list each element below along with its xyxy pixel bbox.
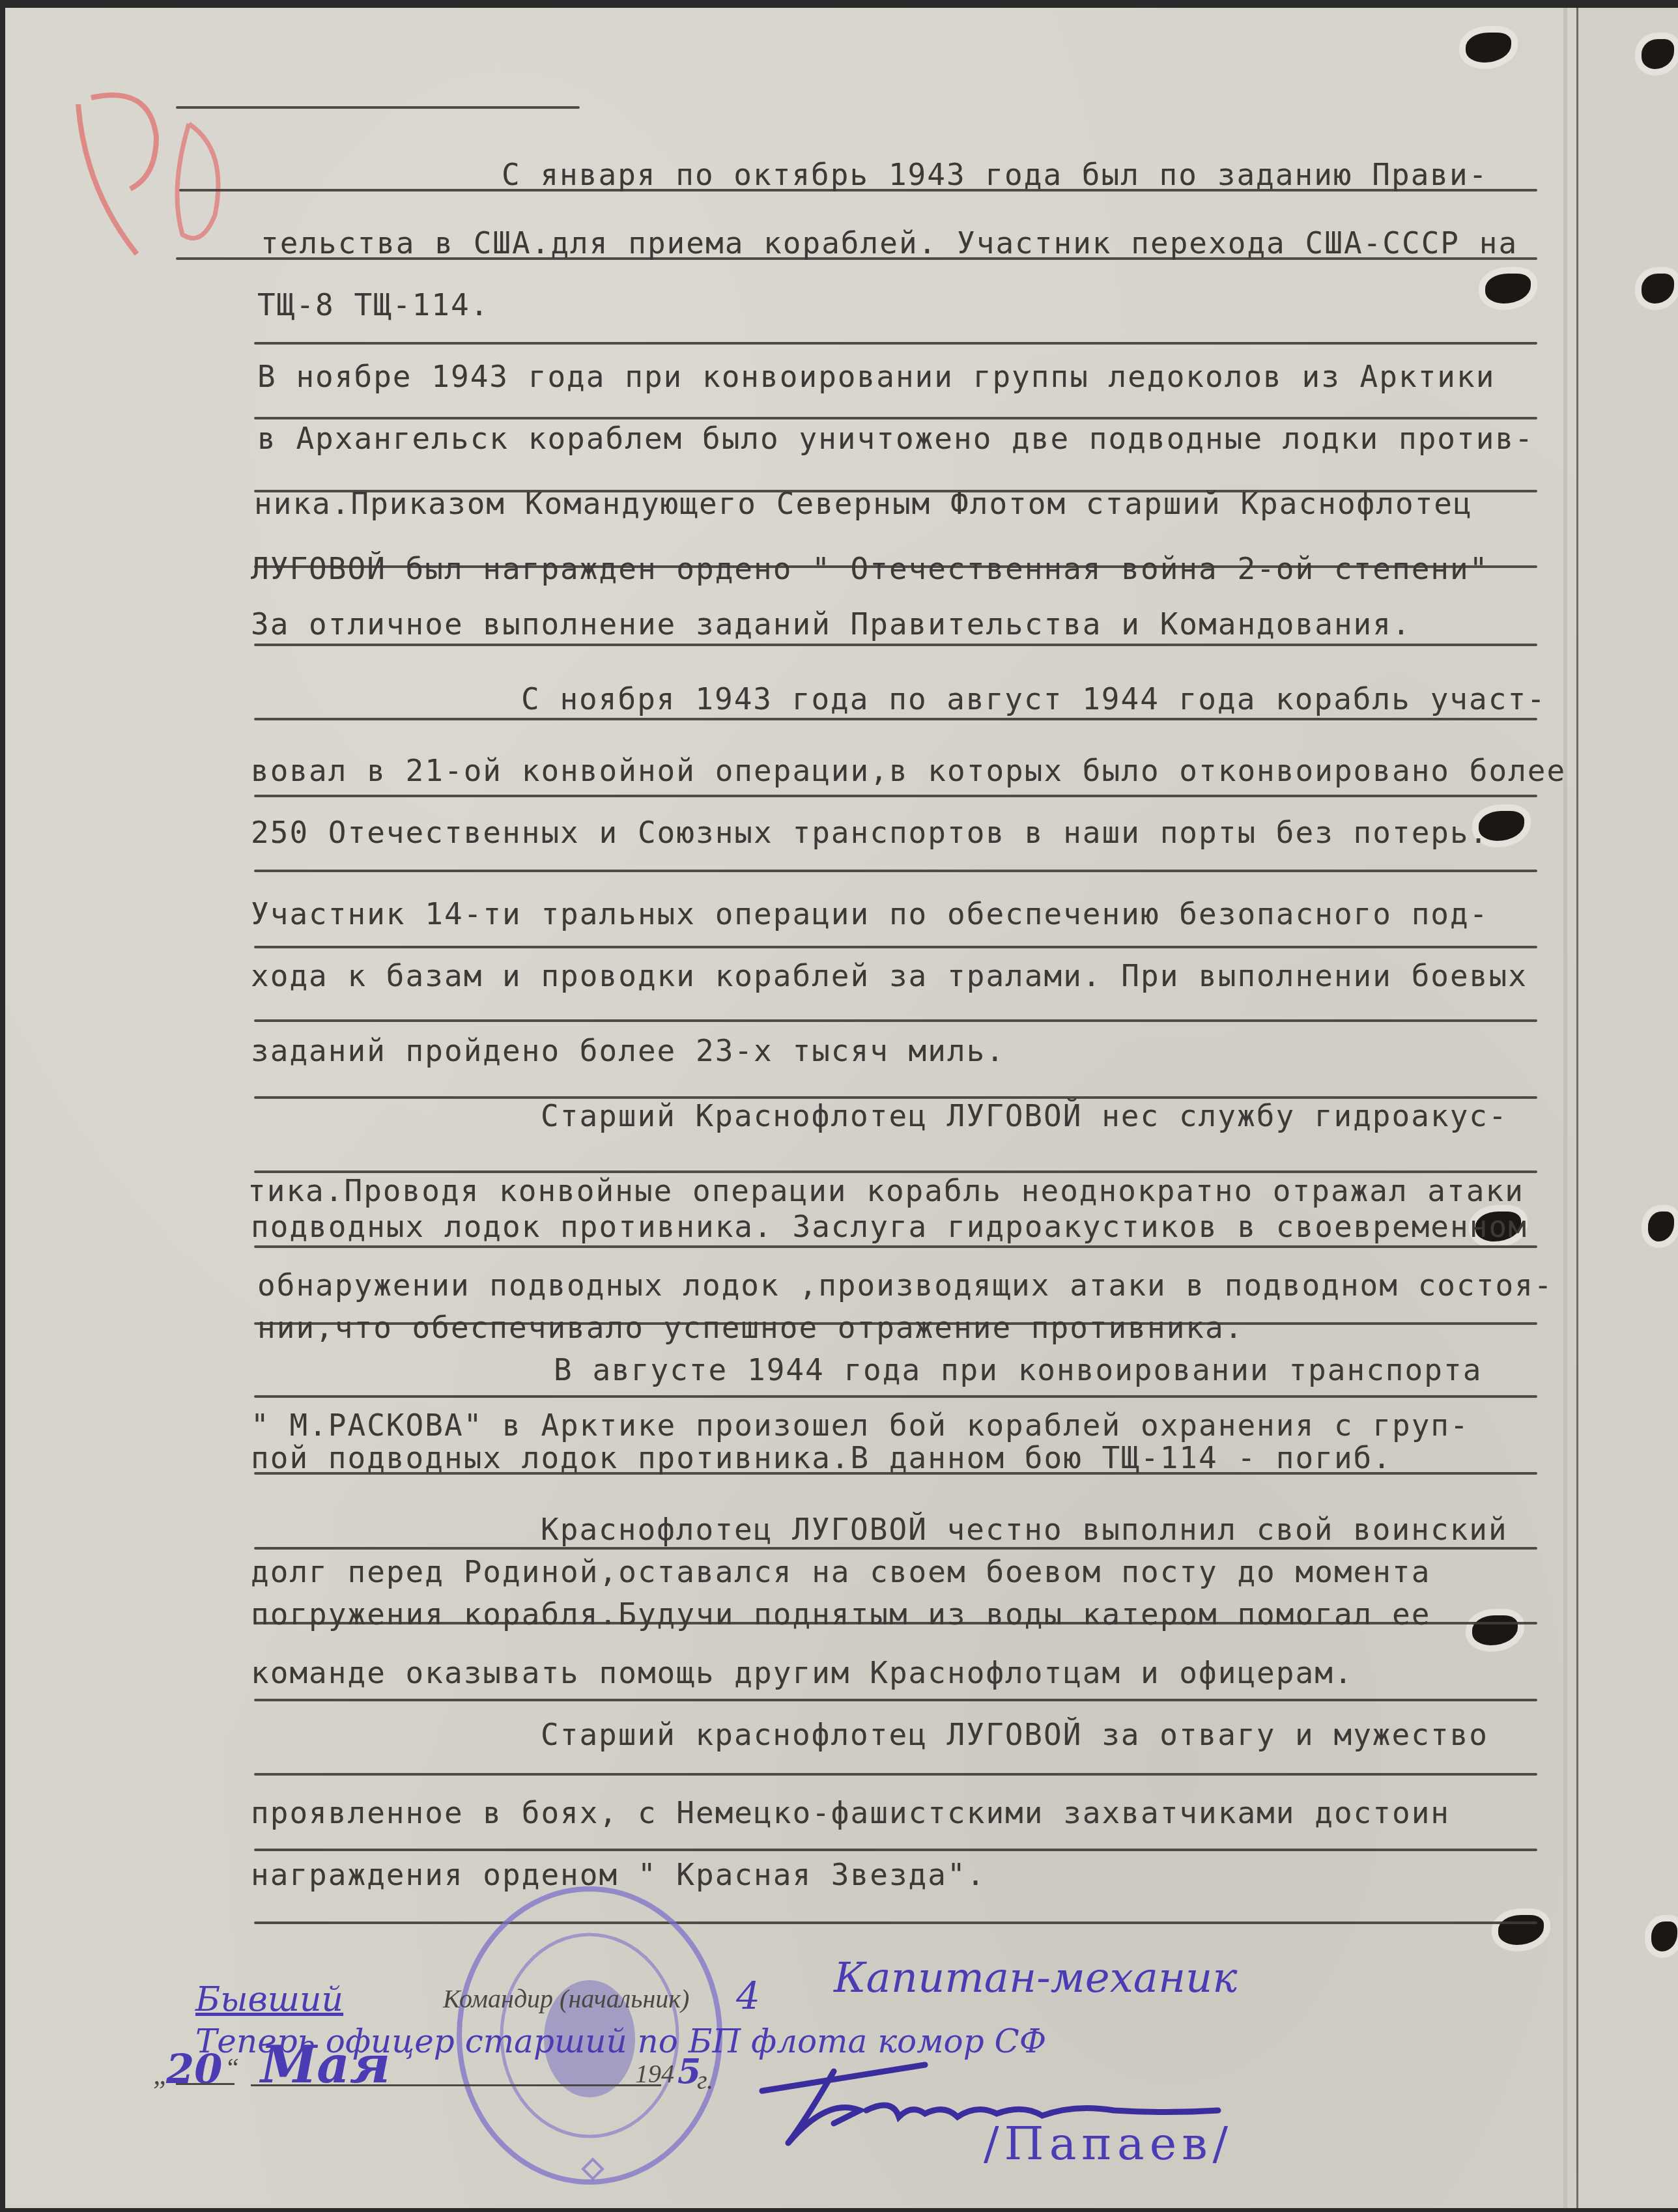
date-year-suffix: г. bbox=[697, 2065, 713, 2095]
form-rule bbox=[254, 644, 1537, 646]
text-line: Участник 14-ти тральных операции по обес… bbox=[251, 899, 1488, 929]
text-line: тельства в США.для приема кораблей. Учас… bbox=[261, 228, 1518, 258]
date-quote-close: “ bbox=[225, 2052, 239, 2082]
form-rule bbox=[254, 417, 1537, 419]
text-line: в Архангельск кораблем было уничтожено д… bbox=[257, 423, 1534, 453]
text-line: В ноябре 1943 года при конвоировании гру… bbox=[257, 362, 1495, 391]
handwritten-title-suffix: 4 bbox=[736, 1974, 760, 2018]
text-line: пой подводных лодок противника.В данном … bbox=[251, 1443, 1392, 1473]
form-rule bbox=[176, 106, 580, 109]
form-rule bbox=[254, 946, 1537, 948]
form-rule bbox=[254, 718, 1537, 720]
text-line: Старший Краснофлотец ЛУГОВОЙ нес службу … bbox=[541, 1101, 1508, 1131]
text-line: ника.Приказом Командующего Северным Флот… bbox=[254, 489, 1473, 518]
date-day: 20 bbox=[166, 2045, 222, 2093]
form-rule bbox=[254, 1849, 1537, 1851]
text-line: С января по октябрь 1943 года был по зад… bbox=[502, 160, 1488, 190]
text-line: Старший краснофлотец ЛУГОВОЙ за отвагу и… bbox=[541, 1720, 1488, 1750]
text-line: долг перед Родиной,оставался на своем бо… bbox=[251, 1557, 1430, 1587]
text-line: подводных лодок противника. Заслуга гидр… bbox=[251, 1212, 1528, 1241]
date-year-prefix: 194 bbox=[635, 2058, 674, 2089]
form-rule bbox=[254, 795, 1537, 797]
text-line: проявленное в боях, с Немецко-фашистским… bbox=[251, 1798, 1450, 1828]
form-rule bbox=[254, 342, 1537, 345]
handwritten-title-former: Бывший bbox=[195, 1980, 343, 2019]
form-rule bbox=[254, 870, 1537, 872]
form-rule bbox=[254, 1395, 1537, 1398]
form-rule bbox=[254, 1773, 1537, 1776]
text-line: За отличное выполнение заданий Правитель… bbox=[251, 609, 1412, 639]
text-line: вовал в 21-ой конвойной операции,в котор… bbox=[251, 756, 1566, 786]
text-line: команде оказывать помощь другим Краснофл… bbox=[251, 1658, 1354, 1688]
red-pencil-mark-icon bbox=[59, 59, 254, 267]
text-line: В августе 1944 года при конвоировании тр… bbox=[554, 1355, 1482, 1385]
text-line: Краснофлотец ЛУГОВОЙ честно выполнил сво… bbox=[541, 1514, 1508, 1544]
text-line: хода к базам и проводки кораблей за трал… bbox=[251, 961, 1528, 991]
date-day-underline bbox=[176, 2083, 235, 2085]
text-line: 250 Отечественных и Союзных транспортов … bbox=[251, 817, 1488, 847]
form-rule bbox=[254, 1245, 1537, 1248]
page-fold bbox=[1563, 8, 1567, 2208]
text-line: тика.Проводя конвойные операции корабль … bbox=[248, 1176, 1524, 1206]
handwritten-rank: Капитан-механик bbox=[834, 1954, 1238, 2002]
date-month-underline bbox=[251, 2084, 661, 2086]
text-line: нии,что обеспечивало успешное отражение … bbox=[257, 1312, 1244, 1342]
form-rule bbox=[254, 1699, 1537, 1701]
signature-name: /Папаев/ bbox=[984, 2117, 1233, 2170]
text-line: " М.РАСКОВА" в Арктике произошел бой кор… bbox=[251, 1410, 1470, 1440]
text-line: обнаружении подводных лодок ,производящи… bbox=[257, 1270, 1554, 1300]
text-line: ЛУГОВОЙ был награжден ордено " Отечестве… bbox=[251, 554, 1488, 584]
text-line: С ноября 1943 года по август 1944 года к… bbox=[521, 684, 1546, 714]
text-line: ТЩ-8 ТЩ-114. bbox=[257, 290, 489, 320]
text-line: заданий пройдено более 23-х тысяч миль. bbox=[251, 1036, 1005, 1066]
form-rule bbox=[254, 1019, 1537, 1022]
form-rule bbox=[254, 1547, 1537, 1550]
text-line: погружения корабля.Будучи поднятым из во… bbox=[251, 1599, 1430, 1629]
adjacent-page-edge bbox=[1576, 8, 1678, 2208]
commander-label: Командир (начальник) bbox=[443, 1983, 689, 2014]
